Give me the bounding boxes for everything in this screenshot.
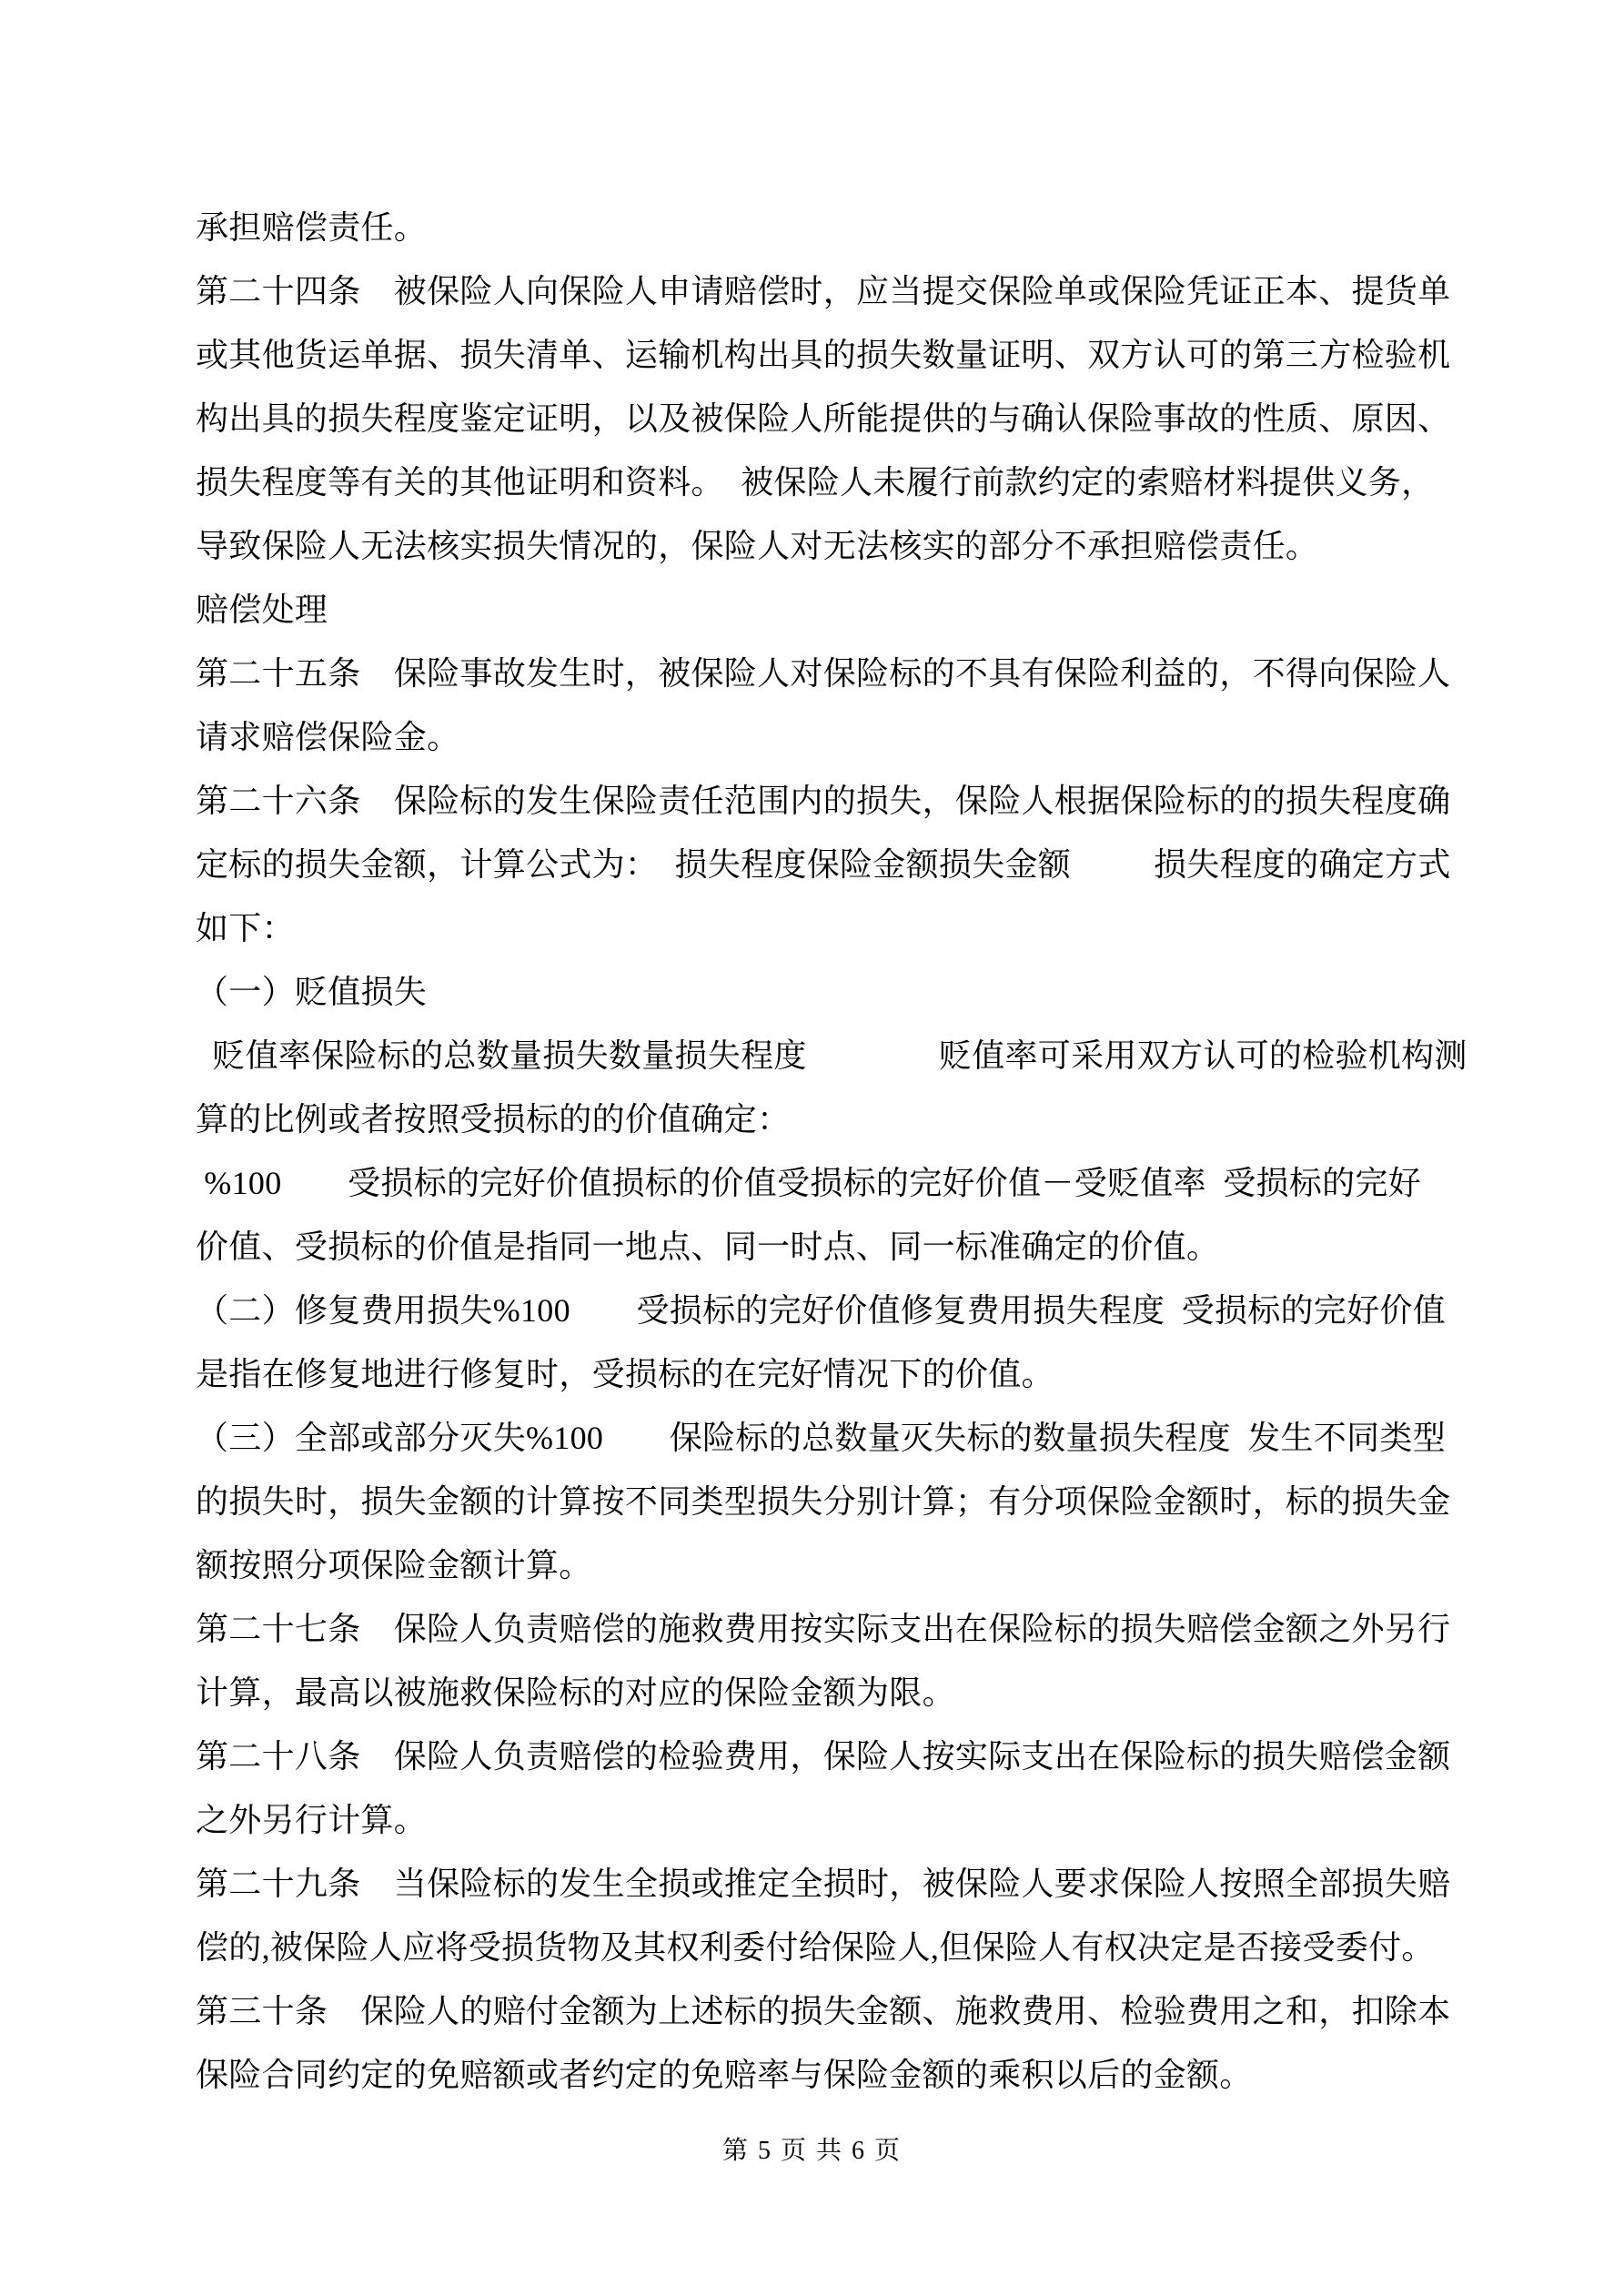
document-line: 保险合同约定的免赔额或者约定的免赔率与保险金额的乘积以后的金额。: [196, 2043, 1451, 2107]
document-line: 偿的,被保险人应将受损货物及其权利委付给保险人,但保险人有权决定是否接受委付。: [196, 1916, 1451, 1979]
document-line: 第二十九条 当保险标的发生全损或推定全损时，被保险人要求保险人按照全部损失赔: [196, 1852, 1451, 1916]
document-line: 第二十五条 保险事故发生时，被保险人对保险标的不具有保险利益的，不得向保险人: [196, 642, 1451, 705]
document-line: 价值、受损标的价值是指同一地点、同一时点、同一标准确定的价值。: [196, 1215, 1451, 1279]
document-line: （二）修复费用损失%100 受损标的完好价值修复费用损失程度 受损标的完好价值: [196, 1279, 1451, 1342]
document-line: （一）贬值损失: [196, 960, 1451, 1024]
document-line: 赔偿处理: [196, 578, 1451, 642]
document-line: 第二十八条 保险人负责赔偿的检验费用，保险人按实际支出在保险标的损失赔偿金额: [196, 1725, 1451, 1788]
document-line: 第二十六条 保险标的发生保险责任范围内的损失，保险人根据保险标的的损失程度确: [196, 769, 1451, 833]
document-line: 是指在修复地进行修复时，受损标的在完好情况下的价值。: [196, 1342, 1451, 1406]
document-line: 第二十四条 被保险人向保险人申请赔偿时，应当提交保险单或保险凭证正本、提货单: [196, 259, 1451, 323]
document-line: 之外另行计算。: [196, 1788, 1451, 1852]
document-line: 或其他货运单据、损失清单、运输机构出具的损失数量证明、双方认可的第三方检验机: [196, 323, 1451, 387]
document-line: 损失程度等有关的其他证明和资料。 被保险人未履行前款约定的索赔材料提供义务，: [196, 450, 1451, 514]
document-line: 承担赔偿责任。: [196, 196, 1451, 259]
document-line: 的损失时，损失金额的计算按不同类型损失分别计算；有分项保险金额时，标的损失金: [196, 1470, 1451, 1533]
document-line: 计算，最高以被施救保险标的对应的保险金额为限。: [196, 1661, 1451, 1725]
page-number-footer: 第 5 页 共 6 页: [0, 2133, 1624, 2170]
document-line: 第三十条 保险人的赔付金额为上述标的损失金额、施救费用、检验费用之和，扣除本: [196, 1979, 1451, 2043]
document-line: 算的比例或者按照受损标的的价值确定：: [196, 1087, 1451, 1151]
document-line: %100 受损标的完好价值损标的价值受损标的完好价值－受贬值率 受损标的完好: [196, 1151, 1451, 1215]
document-line: 请求赔偿保险金。: [196, 705, 1451, 769]
document-line: 定标的损失金额，计算公式为： 损失程度保险金额损失金额 损失程度的确定方式: [196, 833, 1451, 896]
document-line: 导致保险人无法核实损失情况的，保险人对无法核实的部分不承担赔偿责任。: [196, 514, 1451, 578]
document-line: 如下：: [196, 896, 1451, 960]
document-line: 贬值率保险标的总数量损失数量损失程度 贬值率可采用双方认可的检验机构测: [196, 1024, 1451, 1087]
document-page: 承担赔偿责任。第二十四条 被保险人向保险人申请赔偿时，应当提交保险单或保险凭证正…: [0, 0, 1624, 2296]
document-line: 额按照分项保险金额计算。: [196, 1533, 1451, 1597]
document-line: 构出具的损失程度鉴定证明，以及被保险人所能提供的与确认保险事故的性质、原因、: [196, 387, 1451, 450]
document-line: 第二十七条 保险人负责赔偿的施救费用按实际支出在保险标的损失赔偿金额之外另行: [196, 1597, 1451, 1661]
document-text-block: 承担赔偿责任。第二十四条 被保险人向保险人申请赔偿时，应当提交保险单或保险凭证正…: [196, 196, 1451, 2107]
document-line: （三）全部或部分灭失%100 保险标的总数量灭失标的数量损失程度 发生不同类型: [196, 1406, 1451, 1470]
